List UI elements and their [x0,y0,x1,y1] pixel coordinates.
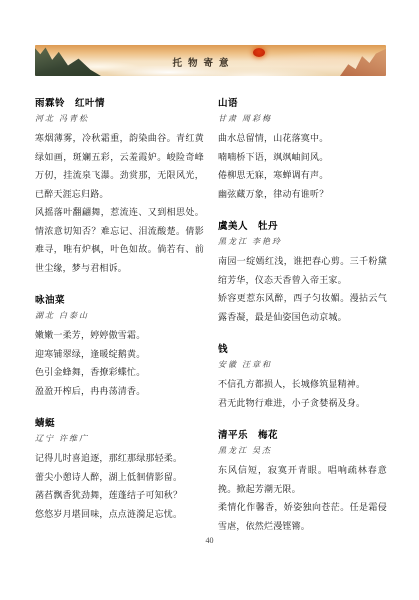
section-title: 托物寄意 [172,55,234,69]
poem-author: 湖北 白泰山 [35,311,204,321]
poem-title: 虞美人 牡丹 [218,221,387,233]
poetry-page: 托物寄意 雨霖铃 红叶情河北 冯青松寒烟薄雾，冷秋霜重，韵染曲谷。青红黄绿如画，… [0,0,419,600]
poem-line: 盈盈开榨后，冉冉荡清香。 [35,382,204,401]
poem-author: 河北 冯青松 [35,114,204,124]
poem-line: 不信孔方都损人，长城修筑显精神。 [218,375,387,394]
poem-title: 蜻蜓 [35,418,204,430]
poem-title: 清平乐 梅花 [218,430,387,442]
sun-icon [253,48,265,57]
poem-paragraph: 南园一绽嫣红浅，谁把春心剪。三千粉黛绾芳华，仪态天香曾入帝王家。 [218,252,387,289]
poem-title: 山语 [218,98,387,110]
poem-title: 雨霖铃 红叶情 [35,98,204,110]
text-columns: 雨霖铃 红叶情河北 冯青松寒烟薄雾，冷秋霜重，韵染曲谷。青红黄绿如画，斑斓五彩，… [35,98,387,535]
poem: 虞美人 牡丹黑龙江 李艳玲南园一绽嫣红浅，谁把春心剪。三千粉黛绾芳华，仪态天香曾… [218,221,387,326]
poem-line: 倦柳思无寐，寒蝉调有声。 [218,166,387,185]
left-column: 雨霖铃 红叶情河北 冯青松寒烟薄雾，冷秋霜重，韵染曲谷。青红黄绿如画，斑斓五彩，… [35,98,204,535]
poem: 雨霖铃 红叶情河北 冯青松寒烟薄雾，冷秋霜重，韵染曲谷。青红黄绿如画，斑斓五彩，… [35,98,204,277]
poem: 山语甘肃 周彩梅曲水总留情，山花落寞中。喃喃桥下语，飒飒岫间风。倦柳思无寐，寒蝉… [218,98,387,203]
poem-line: 记得儿时喜追逐，那红那绿那轻柔。 [35,449,204,468]
poem-title: 钱 [218,344,387,356]
mountain-right-icon [340,45,386,76]
poem-title: 咏油菜 [35,295,204,307]
poem: 蜻蜓辽宁 许维广记得儿时喜追逐，那红那绿那轻柔。蕾尖小憩诗人醉，湖上低徊倩影留。… [35,418,204,523]
poem: 钱安徽 汪章和不信孔方都损人，长城修筑显精神。君无此物行难进，小子贪婪祸及身。 [218,344,387,412]
poem-author: 黑龙江 李艳玲 [218,237,387,247]
poem-line: 色引金蜂舞，香撩彩蝶忙。 [35,363,204,382]
page-number: 40 [0,536,419,545]
poem-author: 安徽 汪章和 [218,360,387,370]
poem-author: 黑龙江 吴杰 [218,446,387,456]
poem: 清平乐 梅花黑龙江 吴杰东风信短，寂寞开青眼。唱响疏林春意挽。掀起芳潮无限。柔情… [218,430,387,535]
poem-line: 曲水总留情，山花落寞中。 [218,129,387,148]
poem-paragraph: 东风信短，寂寞开青眼。唱响疏林春意挽。掀起芳潮无限。 [218,461,387,498]
poem-line: 悠悠岁月堪回味，点点涟漪足忘忧。 [35,505,204,524]
poem-paragraph: 娇容更惹东风醉，西子匀妆媚。漫拈云气露香凝，最是仙姿国色动京城。 [218,289,387,326]
poem-line: 嫩嫩一柔芳，婷婷傲雪霜。 [35,326,204,345]
poem: 咏油菜湖北 白泰山嫩嫩一柔芳，婷婷傲雪霜。迎寒铺翠绿，逢暖绽鹅黄。色引金蜂舞，香… [35,295,204,400]
poem-line: 喃喃桥下语，飒飒岫间风。 [218,148,387,167]
poem-line: 君无此物行难进，小子贪婪祸及身。 [218,394,387,413]
poem-line: 迎寒铺翠绿，逢暖绽鹅黄。 [35,345,204,364]
poem-paragraph: 风摇落叶翻翩舞，惹流连、又到相思处。情浓意切知否？难忘记、泪流酸楚。倩影难寻，唯… [35,203,204,277]
poem-line: 菡萏飘香犹劲舞，莲蓬结子可知秋？ [35,486,204,505]
poem-author: 甘肃 周彩梅 [218,114,387,124]
right-column: 山语甘肃 周彩梅曲水总留情，山花落寞中。喃喃桥下语，飒飒岫间风。倦柳思无寐，寒蝉… [218,98,387,535]
poem-line: 幽弦藏万象，律动有谁听？ [218,185,387,204]
poem-line: 蕾尖小憩诗人醉，湖上低徊倩影留。 [35,468,204,487]
mountain-left-icon [35,45,101,76]
poem-author: 辽宁 许维广 [35,434,204,444]
poem-paragraph: 柔情化作馨香，娇姿独向苍茫。任是霜侵雪虐，依然烂漫铿锵。 [218,498,387,535]
header-banner: 托物寄意 [35,45,386,76]
poem-paragraph: 寒烟薄雾，冷秋霜重，韵染曲谷。青红黄绿如画，斑斓五彩，云羞霞妒。峻险奇峰万仞，挂… [35,129,204,203]
